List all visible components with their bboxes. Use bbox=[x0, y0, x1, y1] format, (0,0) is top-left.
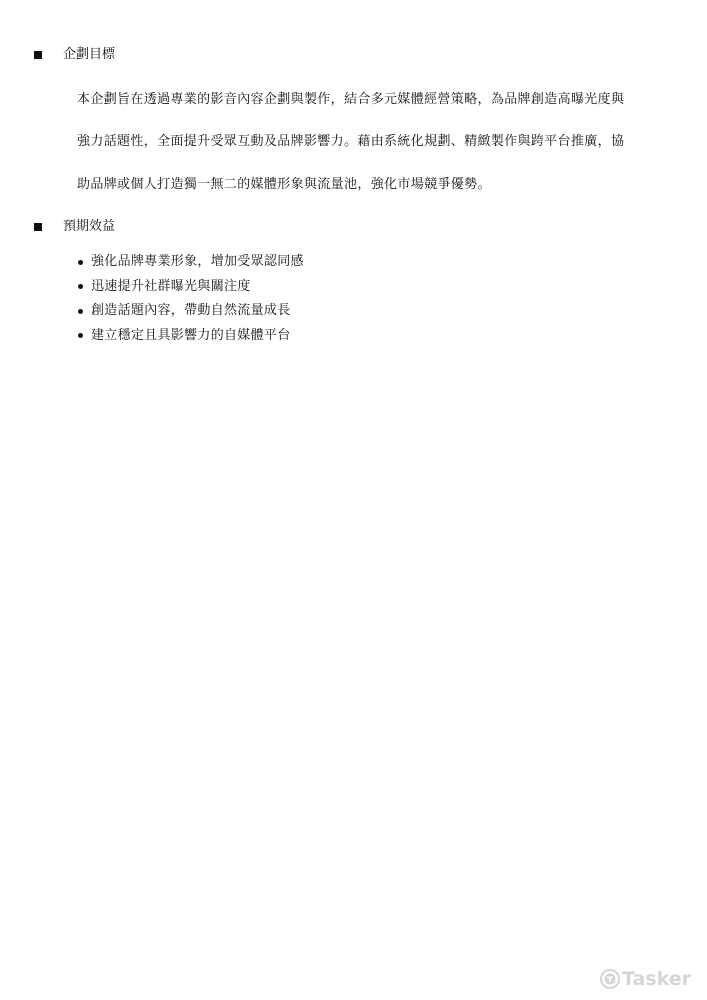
benefits-list: 強化品牌專業形象，增加受眾認同感 迅速提升社群曝光與關注度 創造話題內容，帶動自… bbox=[77, 250, 304, 348]
list-item: 迅速提升社群曝光與關注度 bbox=[77, 275, 304, 300]
paragraph-line: 強力話題性，全面提升受眾互動及品牌影響力。藉由系統化規劃、精緻製作與跨平台推廣，… bbox=[77, 132, 624, 152]
section-title: 企劃目標 bbox=[63, 45, 115, 65]
list-item: 強化品牌專業形象，增加受眾認同感 bbox=[77, 250, 304, 275]
list-item-text: 創造話題內容，帶動自然流量成長 bbox=[91, 301, 291, 321]
list-item: 創造話題內容，帶動自然流量成長 bbox=[77, 299, 304, 324]
bullet-dot-icon bbox=[78, 260, 83, 265]
bullet-dot-icon bbox=[78, 333, 83, 338]
paragraph-line: 助品牌或個人打造獨一無二的媒體形象與流量池，強化市場競爭優勢。 bbox=[77, 175, 491, 195]
tasker-logo-icon bbox=[600, 969, 620, 989]
paragraph-line: 本企劃旨在透過專業的影音內容企劃與製作，結合多元媒體經營策略，為品牌創造高曝光度… bbox=[77, 90, 624, 110]
section-heading-expected-benefits: 預期效益 bbox=[34, 217, 42, 237]
bullet-dot-icon bbox=[78, 309, 83, 314]
watermark-text: Tasker bbox=[622, 968, 691, 990]
list-item-text: 建立穩定且具影響力的自媒體平台 bbox=[91, 326, 291, 346]
square-bullet-icon bbox=[34, 223, 42, 231]
list-item: 建立穩定且具影響力的自媒體平台 bbox=[77, 324, 304, 349]
section-heading-plan-goal: 企劃目標 bbox=[34, 45, 42, 65]
section-title: 預期效益 bbox=[63, 217, 115, 237]
square-bullet-icon bbox=[34, 51, 42, 59]
tasker-watermark: Tasker bbox=[600, 968, 691, 990]
bullet-dot-icon bbox=[78, 284, 83, 289]
list-item-text: 強化品牌專業形象，增加受眾認同感 bbox=[91, 252, 304, 272]
list-item-text: 迅速提升社群曝光與關注度 bbox=[91, 277, 251, 297]
